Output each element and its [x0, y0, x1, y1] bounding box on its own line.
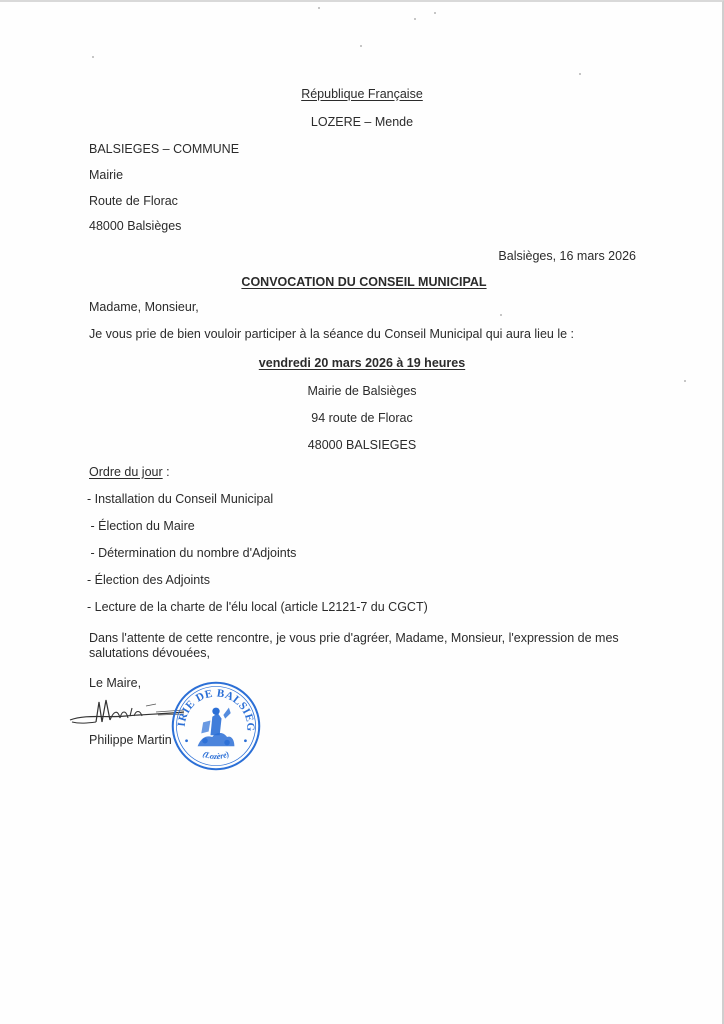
document-page: République Française LOZERE – Mende BALS…	[0, 0, 724, 1024]
sender-line: 48000 Balsièges	[89, 218, 181, 234]
agenda-item: - Installation du Conseil Municipal	[87, 491, 273, 507]
scan-speck	[92, 56, 94, 58]
agenda-heading: Ordre du jour	[89, 465, 163, 479]
handwritten-signature	[66, 692, 186, 732]
scan-speck	[360, 45, 362, 47]
venue-line: Mairie de Balsièges	[0, 383, 724, 399]
scan-speck	[579, 73, 581, 75]
agenda-item: - Élection du Maire	[87, 518, 195, 534]
country-heading: République Française	[0, 86, 724, 102]
closing-line: salutations dévouées,	[89, 645, 210, 661]
place-date: Balsièges, 16 mars 2026	[498, 248, 636, 264]
agenda-item: - Élection des Adjoints	[87, 572, 210, 588]
scan-speck	[318, 7, 320, 9]
agenda-heading-row: Ordre du jour :	[89, 464, 170, 480]
meeting-datetime: vendredi 20 mars 2026 à 19 heures	[0, 355, 724, 371]
official-stamp: MAIRIE DE BALSIEGES (Lozère)	[170, 680, 262, 772]
closing-line: Dans l'attente de cette rencontre, je vo…	[89, 630, 619, 646]
salutation: Madame, Monsieur,	[89, 299, 199, 315]
venue-line: 48000 BALSIEGES	[0, 437, 724, 453]
sender-line: Route de Florac	[89, 193, 178, 209]
scan-speck	[684, 380, 686, 382]
signature-role: Le Maire,	[89, 675, 141, 691]
region-heading: LOZERE – Mende	[0, 114, 724, 130]
signatory-name: Philippe Martin	[89, 732, 172, 748]
agenda-item: - Détermination du nombre d'Adjoints	[87, 545, 296, 561]
agenda-item: - Lecture de la charte de l'élu local (a…	[87, 599, 428, 615]
sender-line: BALSIEGES – COMMUNE	[89, 141, 239, 157]
document-title: CONVOCATION DU CONSEIL MUNICIPAL	[2, 274, 724, 290]
intro-paragraph: Je vous prie de bien vouloir participer …	[89, 326, 574, 342]
scan-speck	[500, 314, 502, 316]
sender-line: Mairie	[89, 167, 123, 183]
venue-line: 94 route de Florac	[0, 410, 724, 426]
svg-text:(Lozère): (Lozère)	[201, 749, 230, 761]
agenda-heading-colon: :	[163, 465, 170, 479]
scan-speck	[434, 12, 436, 14]
scan-speck	[414, 18, 416, 20]
